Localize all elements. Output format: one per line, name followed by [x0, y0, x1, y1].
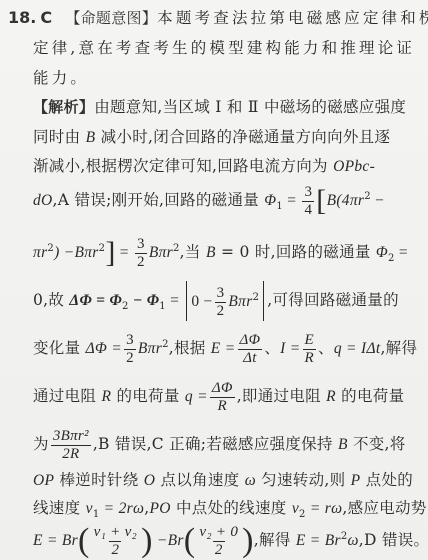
math-var: dO: [33, 192, 53, 209]
analysis-line-5: πr2) −Bπr2] = 32Bπr2,当 B = 0 时,回路的磁通量 Φ2…: [33, 232, 408, 272]
fraction: ΔΦΔt: [238, 332, 263, 367]
text: ,解得: [254, 531, 296, 549]
numerator: 3: [302, 184, 314, 202]
analysis-line-6: 0,故 ΔΦ = Φ2 − Φ1 = 0 −32Bπr2,可得回路磁通量的: [33, 280, 399, 320]
superscript: 2: [162, 339, 169, 350]
math-var: B: [86, 129, 96, 146]
fraction: 32: [124, 332, 136, 367]
text: 点处的: [360, 471, 413, 489]
text: 、: [264, 339, 280, 357]
text: 变化量: [33, 339, 86, 357]
analysis-line-12: E = Br(v₁ + v₂2) −Br(v₂ + 02),解得 E = Br2…: [33, 520, 428, 560]
text: 0 −: [191, 293, 212, 310]
text: 渐减小,根据楞次定律可知,回路电流方向为: [33, 157, 333, 175]
text: 减小时,闭合回路的净磁通量方向向外且逐: [95, 128, 390, 146]
text: 不变,将: [348, 435, 406, 453]
subscript: 2: [388, 253, 395, 264]
intent-text: 能力。: [33, 69, 89, 87]
denominator: 2: [124, 350, 136, 367]
denominator: 2R: [60, 446, 81, 463]
analysis-line-3: 渐减小,根据楞次定律可知,回路电流方向为 OPbc-: [33, 156, 375, 177]
numerator: 3Bπr²: [51, 428, 91, 446]
intent-line-3: 能力。: [33, 68, 89, 88]
question-number: 18.: [8, 8, 36, 27]
text: ,根据: [169, 339, 211, 357]
denominator: R: [216, 398, 229, 415]
text: 棒逆时针绕: [54, 471, 143, 489]
analysis-line-1: 【解析】由题意知,当区域 Ⅰ 和 Ⅱ 中磁场的磁感应强度: [33, 97, 406, 117]
left-paren: (: [78, 522, 90, 559]
math-var: O: [144, 472, 156, 489]
math-expr: ) −Bπr: [54, 244, 99, 261]
math-expr: I =: [280, 340, 300, 357]
intent-text: 定律,意在考查考生的模型建构能力和推理论证: [33, 39, 415, 57]
math-expr: E = Br: [33, 532, 78, 549]
math-var: PO: [149, 500, 170, 517]
text: ,可得回路磁通量的: [267, 291, 399, 309]
analysis-tag: 【解析】: [33, 98, 94, 116]
text: =: [395, 244, 408, 261]
denominator: 2: [213, 541, 225, 559]
math-expr: = 2rω: [100, 500, 145, 517]
math-expr: πr: [33, 244, 47, 261]
fraction: 32: [135, 236, 147, 271]
question-header-line: 18.C 【命题意图】本题考查法拉第电磁感应定律和楞次: [8, 8, 428, 28]
math-expr: E =: [211, 340, 236, 357]
fraction: 34: [302, 184, 314, 219]
text: 、: [318, 339, 334, 357]
math-var: R: [101, 388, 111, 405]
text: ,当: [180, 243, 206, 261]
math-expr: q = IΔt: [334, 340, 381, 357]
numerator: 3: [124, 332, 136, 350]
math-var: ω: [348, 532, 359, 549]
left-paren: (: [184, 522, 196, 559]
text: =: [283, 192, 300, 209]
fraction: 32: [215, 285, 227, 320]
subscript: 2: [122, 301, 129, 312]
answer-explanation-page: 18.C 【命题意图】本题考查法拉第电磁感应定律和楞次 定律,意在考查考生的模型…: [0, 0, 428, 560]
text: 0,故: [33, 291, 69, 309]
math-expr: E = Br: [296, 532, 341, 549]
superscript: 2: [173, 243, 180, 254]
analysis-line-4: dO,A 错误;刚开始,回路的磁通量 Φ1 = 34[B(4πr2 −: [33, 180, 384, 220]
text: ,A 错误;刚开始,回路的磁通量: [53, 191, 265, 209]
fraction: ΔΦR: [210, 380, 235, 415]
analysis-line-11: 线速度 v1 = 2rω,PO 中点处的线速度 v2 = rω,感应电动势: [33, 498, 427, 519]
intent-line-2: 定律,意在考查考生的模型建构能力和推理论证: [33, 38, 415, 58]
math-var: v: [292, 500, 299, 517]
math-var: OPbc-: [333, 158, 375, 175]
numerator: 3: [215, 285, 227, 303]
fraction: v₁ + v₂2: [92, 524, 139, 559]
text: ,D 错误。: [359, 531, 428, 549]
math-expr: = rω: [306, 500, 343, 517]
text: 匀速转动,则: [256, 471, 351, 489]
math-var: ω: [245, 472, 256, 489]
fraction: 3Bπr²2R: [51, 428, 91, 463]
right-paren: ): [141, 522, 153, 559]
text: ,即通过电阻: [237, 387, 326, 405]
superscript: 2: [341, 531, 348, 542]
subscript: 1: [159, 301, 166, 312]
left-bracket: [: [316, 184, 326, 217]
math-expr: ΔΦ =: [86, 340, 122, 357]
math-var: Φ: [376, 244, 388, 261]
math-var: B: [206, 244, 216, 261]
text: 为: [33, 435, 49, 453]
answer-letter: C: [40, 8, 52, 27]
numerator: ΔΦ: [210, 380, 235, 398]
denominator: 2: [215, 303, 227, 320]
numerator: v₂ + 0: [197, 524, 240, 541]
text: ,解得: [380, 339, 417, 357]
text: 通过电阻: [33, 387, 101, 405]
subscript: 2: [299, 509, 306, 520]
text: = 0 时,回路的磁通量: [216, 243, 376, 261]
right-paren: ): [242, 522, 254, 559]
math-expr: B(4πr: [327, 192, 365, 209]
analysis-line-7: 变化量 ΔΦ =32Bπr2,根据 E =ΔΦΔt、I =ER、q = IΔt,…: [33, 328, 417, 368]
math-expr: Bπr: [138, 340, 162, 357]
math-expr: ΔΦ = Φ: [69, 292, 122, 309]
analysis-line-10: OP 棒逆时针绕 O 点以角速度 ω 匀速转动,则 P 点处的: [33, 470, 413, 491]
right-bracket: ]: [105, 236, 115, 269]
subscript: 1: [93, 509, 100, 520]
text: 同时由: [33, 128, 86, 146]
math-expr: Bπr: [228, 293, 252, 310]
text: 的电荷量: [111, 387, 185, 405]
analysis-text: 由题意知,当区域 Ⅰ 和 Ⅱ 中磁场的磁感应强度: [94, 98, 406, 116]
denominator: 2: [135, 254, 147, 271]
math-var: B: [338, 436, 348, 453]
math-var: P: [351, 472, 361, 489]
numerator: v₁ + v₂: [92, 524, 139, 541]
absolute-value: 0 −32Bπr2: [186, 281, 264, 321]
denominator: R: [303, 350, 316, 367]
text: ,感应电动势: [342, 499, 426, 517]
numerator: 3: [135, 236, 147, 254]
analysis-line-8: 通过电阻 R 的电荷量 q =ΔΦR,即通过电阻 R 的电荷量: [33, 376, 404, 416]
analysis-line-9: 为3Bπr²2R,B 错误,C 正确;若磁感应强度保持 B 不变,将: [33, 424, 406, 464]
superscript: 2: [253, 292, 260, 303]
math-var: v: [86, 500, 93, 517]
math-var: Φ: [264, 192, 276, 209]
intent-text: 本题考查法拉第电磁感应定律和楞次: [157, 9, 428, 27]
text: −: [371, 192, 384, 209]
text: 线速度: [33, 499, 86, 517]
text: =: [166, 292, 183, 309]
superscript: 2: [364, 191, 371, 202]
math-var: R: [326, 388, 336, 405]
text: 点以角速度: [155, 471, 244, 489]
fraction: ER: [303, 332, 316, 367]
math-expr: − Φ: [129, 292, 160, 309]
math-expr: q =: [185, 388, 208, 405]
intent-tag: 【命题意图】: [65, 9, 157, 27]
text: 的电荷量: [336, 387, 404, 405]
text: =: [116, 244, 133, 261]
math-expr: Bπr: [149, 244, 173, 261]
numerator: E: [303, 332, 316, 350]
fraction: v₂ + 02: [197, 524, 240, 559]
math-var: OP: [33, 472, 54, 489]
analysis-line-2: 同时由 B 减小时,闭合回路的净磁通量方向向外且逐: [33, 127, 390, 148]
text: 中点处的线速度: [171, 499, 292, 517]
denominator: 4: [302, 202, 314, 219]
denominator: Δt: [241, 350, 259, 367]
text: ,B 错误,C 正确;若磁感应强度保持: [93, 435, 338, 453]
numerator: ΔΦ: [238, 332, 263, 350]
denominator: 2: [109, 541, 121, 559]
math-expr: −Br: [153, 532, 184, 549]
